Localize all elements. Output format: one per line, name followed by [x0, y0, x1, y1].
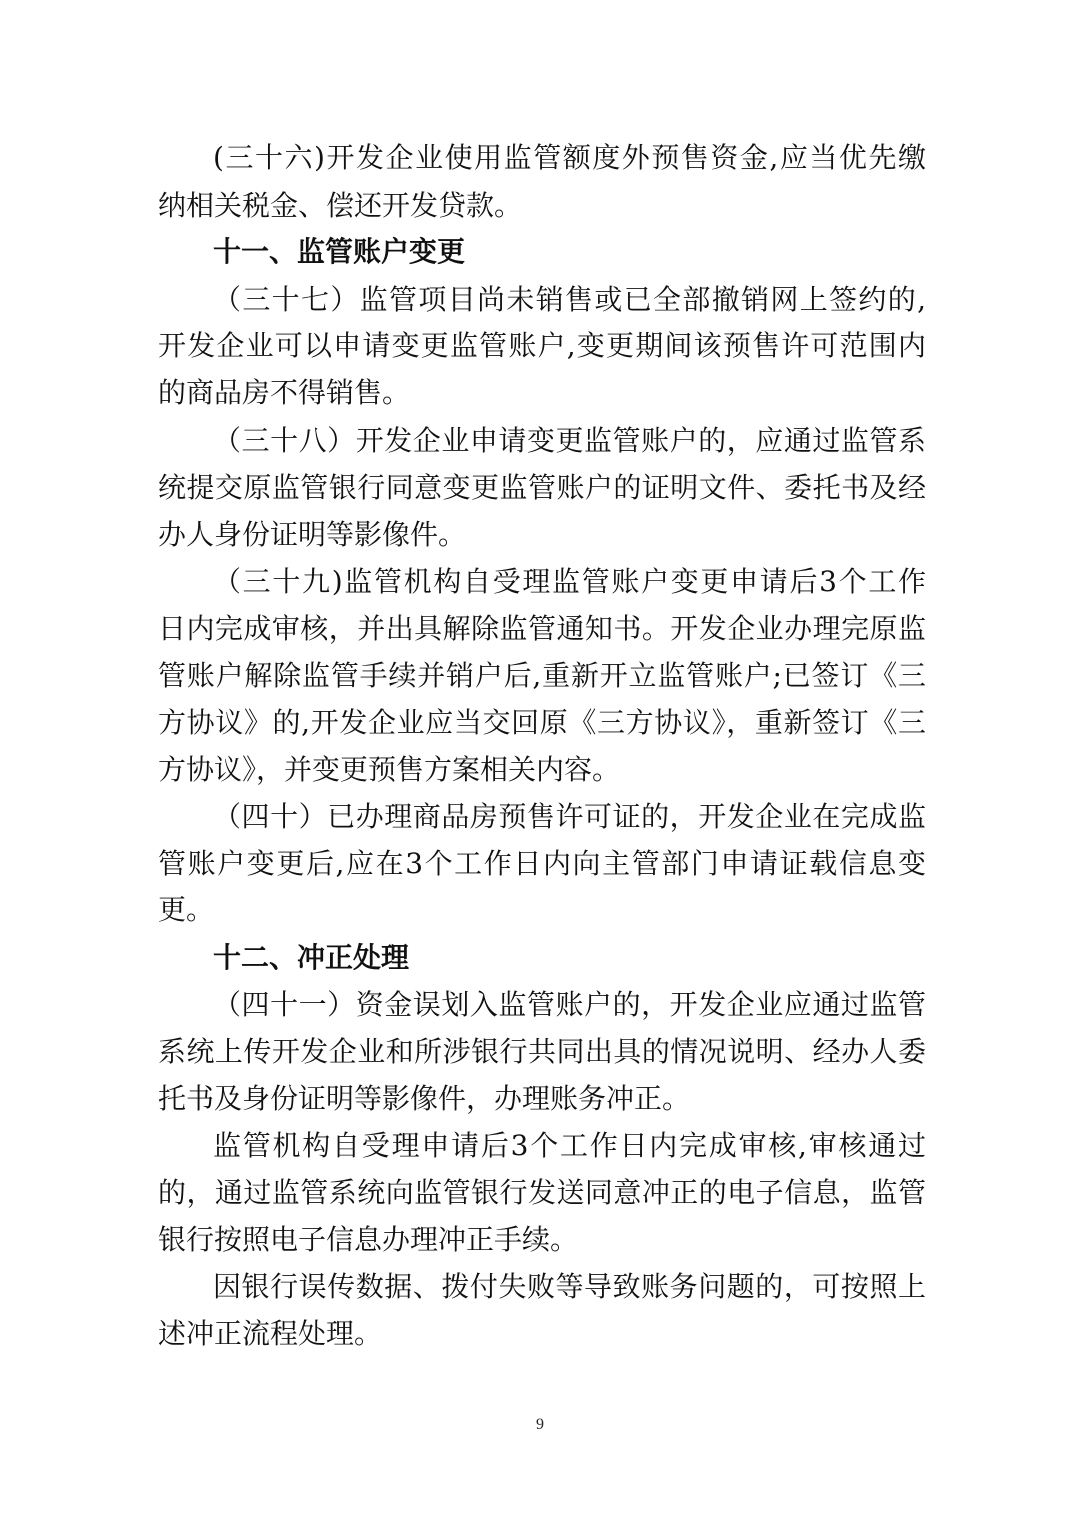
paragraph-art-40-line-1: （四十）已办理商品房预售许可证的，开发企业在完成监 — [213, 797, 926, 837]
paragraph-art-36-line-2: 纳相关税金、偿还开发贷款。 — [158, 186, 926, 226]
paragraph-art-41-line-1: （四十一）资金误划入监管账户的，开发企业应通过监管 — [213, 985, 926, 1025]
paragraph-art-38-line-1: （三十八）开发企业申请变更监管账户的，应通过监管系 — [213, 421, 926, 461]
document-page: (三十六)开发企业使用监管额度外预售资金,应当优先缴 纳相关税金、偿还开发贷款。… — [0, 0, 1080, 1527]
paragraph-bank-error-line-1: 因银行误传数据、拨付失败等导致账务问题的，可按照上 — [213, 1267, 926, 1307]
paragraph-art-39-line-5: 方协议》，并变更预售方案相关内容。 — [158, 750, 926, 790]
section-heading-11: 十一、监管账户变更 — [213, 232, 465, 272]
paragraph-art-39-line-2: 日内完成审核，并出具解除监管通知书。开发企业办理完原监 — [158, 609, 926, 649]
paragraph-art-37-line-2: 开发企业可以申请变更监管账户,变更期间该预售许可范围内 — [158, 326, 926, 366]
paragraph-art-41-line-2: 系统上传开发企业和所涉银行共同出具的情况说明、经办人委 — [158, 1032, 926, 1072]
section-heading-12: 十二、冲正处理 — [213, 938, 409, 978]
paragraph-bank-error-line-2: 述冲正流程处理。 — [158, 1314, 926, 1354]
paragraph-art-38-line-2: 统提交原监管银行同意变更监管账户的证明文件、委托书及经 — [158, 468, 926, 508]
paragraph-review-line-1: 监管机构自受理申请后3个工作日内完成审核,审核通过 — [213, 1126, 926, 1166]
paragraph-art-40-line-3: 更。 — [158, 890, 926, 930]
paragraph-art-37-line-3: 的商品房不得销售。 — [158, 373, 926, 413]
paragraph-art-37-line-1: （三十七）监管项目尚未销售或已全部撤销网上签约的, — [213, 280, 926, 320]
page-number: 9 — [0, 1416, 1080, 1434]
paragraph-art-41-line-3: 托书及身份证明等影像件，办理账务冲正。 — [158, 1079, 926, 1119]
paragraph-art-40-line-2: 管账户变更后,应在3个工作日内向主管部门申请证载信息变 — [158, 844, 926, 884]
paragraph-art-39-line-4: 方协议》的,开发企业应当交回原《三方协议》，重新签订《三 — [158, 703, 926, 743]
paragraph-art-39-line-1: （三十九)监管机构自受理监管账户变更申请后3个工作 — [213, 562, 926, 602]
paragraph-review-line-3: 银行按照电子信息办理冲正手续。 — [158, 1220, 926, 1260]
paragraph-art-38-line-3: 办人身份证明等影像件。 — [158, 515, 926, 555]
paragraph-art-36-line-1: (三十六)开发企业使用监管额度外预售资金,应当优先缴 — [213, 138, 926, 178]
paragraph-art-39-line-3: 管账户解除监管手续并销户后,重新开立监管账户;已签订《三 — [158, 656, 926, 696]
paragraph-review-line-2: 的，通过监管系统向监管银行发送同意冲正的电子信息，监管 — [158, 1173, 926, 1213]
